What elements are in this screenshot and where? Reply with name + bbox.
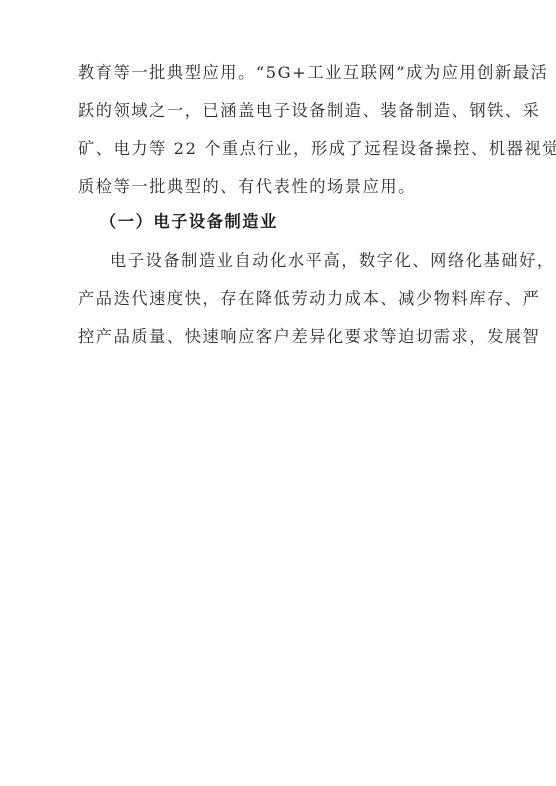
- section-heading: （一）电子设备制造业: [100, 212, 510, 232]
- paragraph-line: 电子设备制造业自动化水平高，数字化、网络化基础好，: [110, 251, 520, 271]
- paragraph-line: 控产品质量、快速响应客户差异化要求等迫切需求，发展智: [78, 327, 488, 347]
- document-page: 教育等一批典型应用。“5G+工业互联网”成为应用创新最活 跃的领域之一，已涵盖电…: [0, 0, 556, 786]
- paragraph-line: 产品迭代速度快，存在降低劳动力成本、减少物料库存、严: [78, 289, 488, 309]
- paragraph-line: 质检等一批典型的、有代表性的场景应用。: [78, 177, 488, 197]
- paragraph-line: 教育等一批典型应用。“5G+工业互联网”成为应用创新最活: [78, 63, 488, 83]
- paragraph-line: 矿、电力等 22 个重点行业，形成了远程设备操控、机器视觉: [78, 139, 488, 159]
- paragraph-line: 跃的领域之一，已涵盖电子设备制造、装备制造、钢铁、采: [78, 101, 488, 121]
